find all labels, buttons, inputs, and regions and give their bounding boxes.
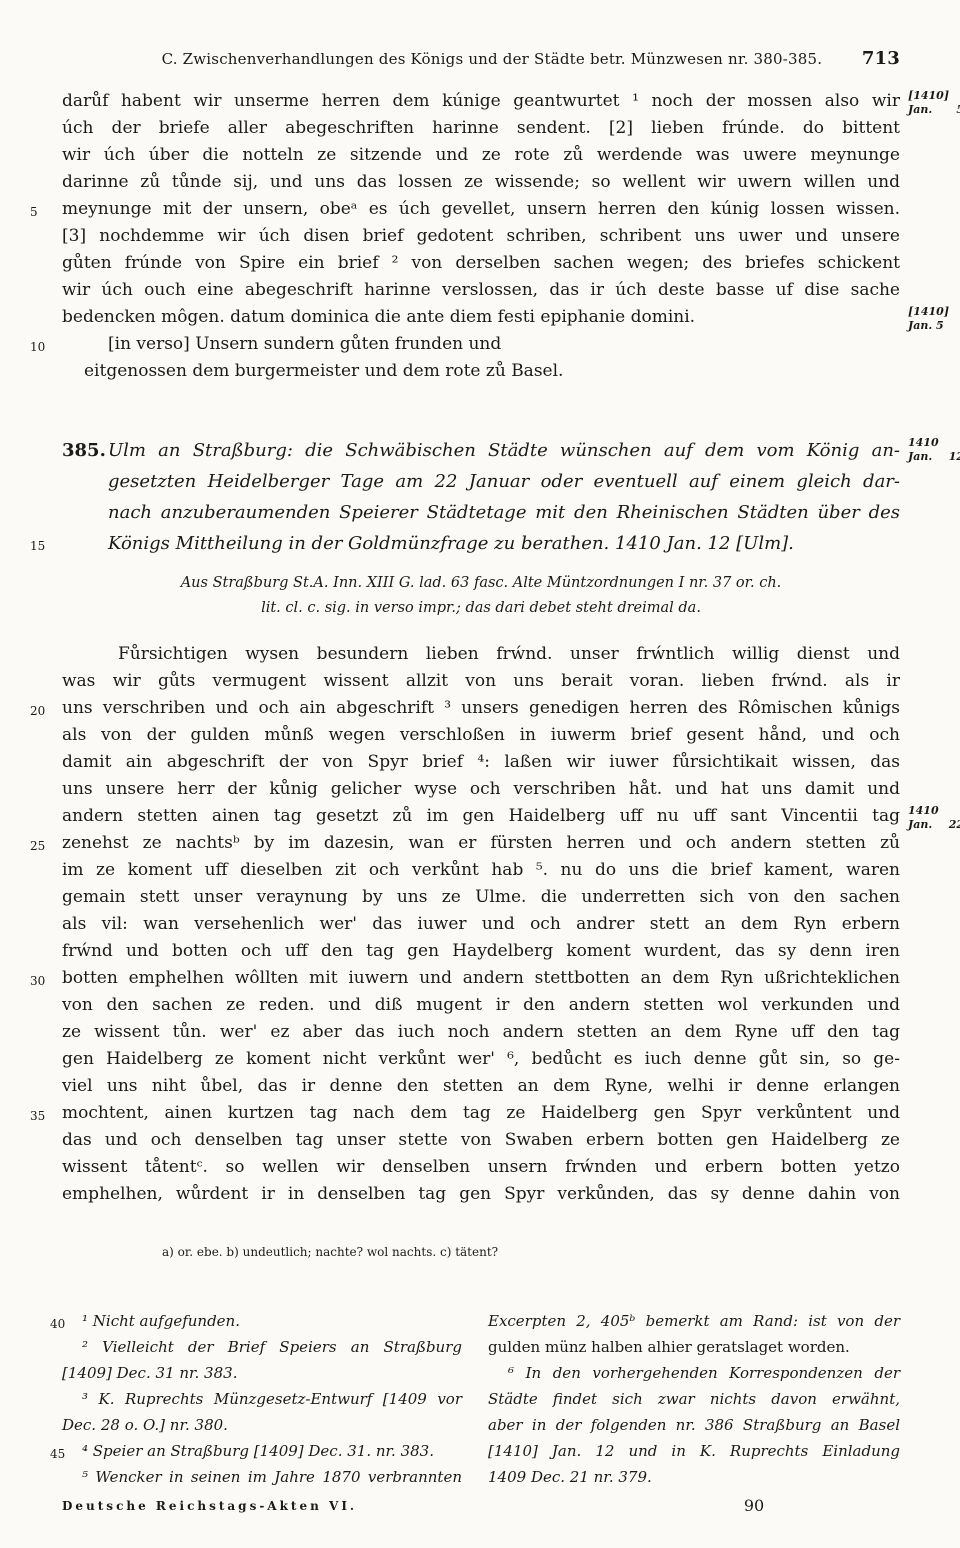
text-line: als vil: wan versehenlich wer' das iuwer…: [62, 911, 900, 938]
text-line: gemain stett unser veraynung by uns ze U…: [62, 884, 900, 911]
text-line: das und och denselben tag unser stette v…: [62, 1127, 900, 1154]
footnote-line: ⁶ In den vorhergehenden Korrespondenzen …: [488, 1360, 900, 1386]
footnotes-right-column: Excerpten 2, 405ᵇ bemerkt am Rand: ist v…: [488, 1308, 900, 1515]
book-page: C. Zwischenverhandlungen des Königs und …: [0, 0, 960, 1548]
text-line: Fůrsichtigen wysen besundern lieben frẃn…: [62, 641, 900, 668]
footnote-line: gulden münz halben alhier geratslaget wo…: [488, 1334, 900, 1360]
text-line: 35 mochtent, ainen kurtzen tag nach dem …: [62, 1100, 900, 1127]
margin-date: [1410]Jan. 5: [908, 89, 960, 117]
text-line: ze wissent tůn. wer' ez aber das iuch no…: [62, 1019, 900, 1046]
doc-384-continuation: darůf habent wir unserme herren dem kúni…: [62, 88, 900, 385]
margin-date: [1410]Jan. 5: [908, 305, 960, 333]
footnote-line: Excerpten 2, 405ᵇ bemerkt am Rand: ist v…: [488, 1308, 900, 1334]
line-number: 15: [30, 531, 45, 562]
running-head-title: C. Zwischenverhandlungen des Königs und …: [62, 50, 862, 68]
text-line: wir úch ouch eine abegeschrift harinne v…: [62, 277, 900, 304]
variant-notes: a) or. ebe. b) undeutlich; nachte? wol n…: [62, 1244, 900, 1260]
footnotes-left-column: 40 ¹ Nicht aufgefunden. ² Vielleicht der…: [62, 1308, 462, 1515]
footnote-line: ³ K. Ruprechts Münzgesetz-Entwurf [1409 …: [62, 1386, 462, 1412]
text-line: viel uns niht ůbel, das ir denne den ste…: [62, 1073, 900, 1100]
text-line: als von der gulden můnß wegen verschloße…: [62, 722, 900, 749]
source-line: Aus Straßburg St.A. Inn. XIII G. lad. 63…: [62, 571, 900, 596]
text-line: 30 botten emphelhen wôllten mit iuwern u…: [62, 965, 900, 992]
line-number: 5: [30, 199, 38, 226]
document-number: 385.: [62, 435, 106, 466]
line-number: 10: [30, 334, 45, 361]
text-line: darinne zů tůnde sij, und uns das lossen…: [62, 169, 900, 196]
text-line: bedencken môgen. datum dominica die ante…: [62, 304, 900, 331]
source-line: lit. cl. c. sig. in verso impr.; das dar…: [62, 596, 900, 621]
text-line: was wir gůts vermugent wissent allzit vo…: [62, 668, 900, 695]
doc-385-body: Fůrsichtigen wysen besundern lieben frẃn…: [62, 641, 900, 1208]
heading-line: gesetzten Heidelberger Tage am 22 Januar…: [62, 466, 900, 497]
source-note: Aus Straßburg St.A. Inn. XIII G. lad. 63…: [62, 571, 900, 621]
footnote-line: ⁵ Wencker in seinen im Jahre 1870 verbra…: [62, 1464, 462, 1490]
line-number: 40: [30, 1311, 65, 1337]
text-line: emphelhen, wůrdent ir in denselben tag g…: [62, 1181, 900, 1208]
margin-date: 1410Jan. 22: [908, 804, 960, 832]
variant-line: a) or. ebe. b) undeutlich; nachte? wol n…: [62, 1244, 900, 1260]
text-line: gen Haidelberg ze koment nicht verkůnt w…: [62, 1046, 900, 1073]
footnotes: 40 ¹ Nicht aufgefunden. ² Vielleicht der…: [62, 1308, 900, 1515]
footnote-line: 45 ⁴ Speier an Straßburg [1409] Dec. 31.…: [62, 1438, 462, 1464]
line-number: 45: [30, 1441, 65, 1467]
running-head: C. Zwischenverhandlungen des Königs und …: [62, 48, 900, 69]
footnote-line: Dec. 28 o. O.] nr. 380.: [62, 1412, 462, 1438]
text-block: darůf habent wir unserme herren dem kúni…: [62, 88, 900, 1515]
text-line: im ze koment uff dieselben zit och verků…: [62, 857, 900, 884]
text-line: uns unsere herr der kůnig gelicher wyse …: [62, 776, 900, 803]
text-line: 10 [in verso] Unsern sundern gůten frund…: [62, 331, 900, 358]
heading-line: 15 Königs Mittheilung in der Goldmünzfra…: [62, 528, 900, 559]
text-line: andern stetten ainen tag gesetzt zů im g…: [62, 803, 900, 830]
text-line: eitgenossen dem burgermeister und dem ro…: [62, 358, 900, 385]
text-line: úch der briefe aller abegeschriften hari…: [62, 115, 900, 142]
line-number: 35: [30, 1103, 45, 1130]
text-line: frẃnd und botten och uff den tag gen Hay…: [62, 938, 900, 965]
footnote-line: 1409 Dec. 21 nr. 379.: [488, 1464, 900, 1490]
series-signature: Deutsche Reichstags-Akten VI.: [62, 1499, 462, 1513]
page-number: 713: [862, 48, 900, 69]
text-line: von den sachen ze reden. und diß mugent …: [62, 992, 900, 1019]
footnote-line: aber in der folgenden nr. 386 Straßburg …: [488, 1412, 900, 1438]
footnote-line: Städte findet sich zwar nichts davon erw…: [488, 1386, 900, 1412]
text-line: 25 zenehst ze nachtsᵇ by im dazesin, wan…: [62, 830, 900, 857]
text-line: damit ain abgeschrift der von Spyr brief…: [62, 749, 900, 776]
footnote-line: ² Vielleicht der Brief Speiers an Straßb…: [62, 1334, 462, 1360]
text-line: [3] nochdemme wir úch disen brief gedote…: [62, 223, 900, 250]
text-line: 20 uns verschriben und och ain abgeschri…: [62, 695, 900, 722]
heading-line: nach anzuberaumenden Speierer Städtetage…: [62, 497, 900, 528]
margin-date: 1410Jan. 12: [908, 436, 960, 464]
footnote-line: 40 ¹ Nicht aufgefunden.: [62, 1308, 462, 1334]
text-line: 5 meynunge mit der unsern, obeᵃ es úch g…: [62, 196, 900, 223]
text-line: gůten frúnde von Spire ein brief ² von d…: [62, 250, 900, 277]
text-line: wir úch úber die notteln ze sitzende und…: [62, 142, 900, 169]
footnote-line: [1410] Jan. 12 und in K. Ruprechts Einla…: [488, 1438, 900, 1464]
line-number: 20: [30, 698, 45, 725]
text-line: wissent tåtentᶜ. so wellen wir denselben…: [62, 1154, 900, 1181]
heading-line: 385. Ulm an Straßburg: die Schwäbischen …: [62, 435, 900, 466]
line-number: 30: [30, 968, 45, 995]
line-number: 25: [30, 833, 45, 860]
text-line: darůf habent wir unserme herren dem kúni…: [62, 88, 900, 115]
doc-385-heading: 385. Ulm an Straßburg: die Schwäbischen …: [62, 435, 900, 559]
sheet-number: 90: [488, 1496, 900, 1515]
footnote-line: [1409] Dec. 31 nr. 383.: [62, 1360, 462, 1386]
